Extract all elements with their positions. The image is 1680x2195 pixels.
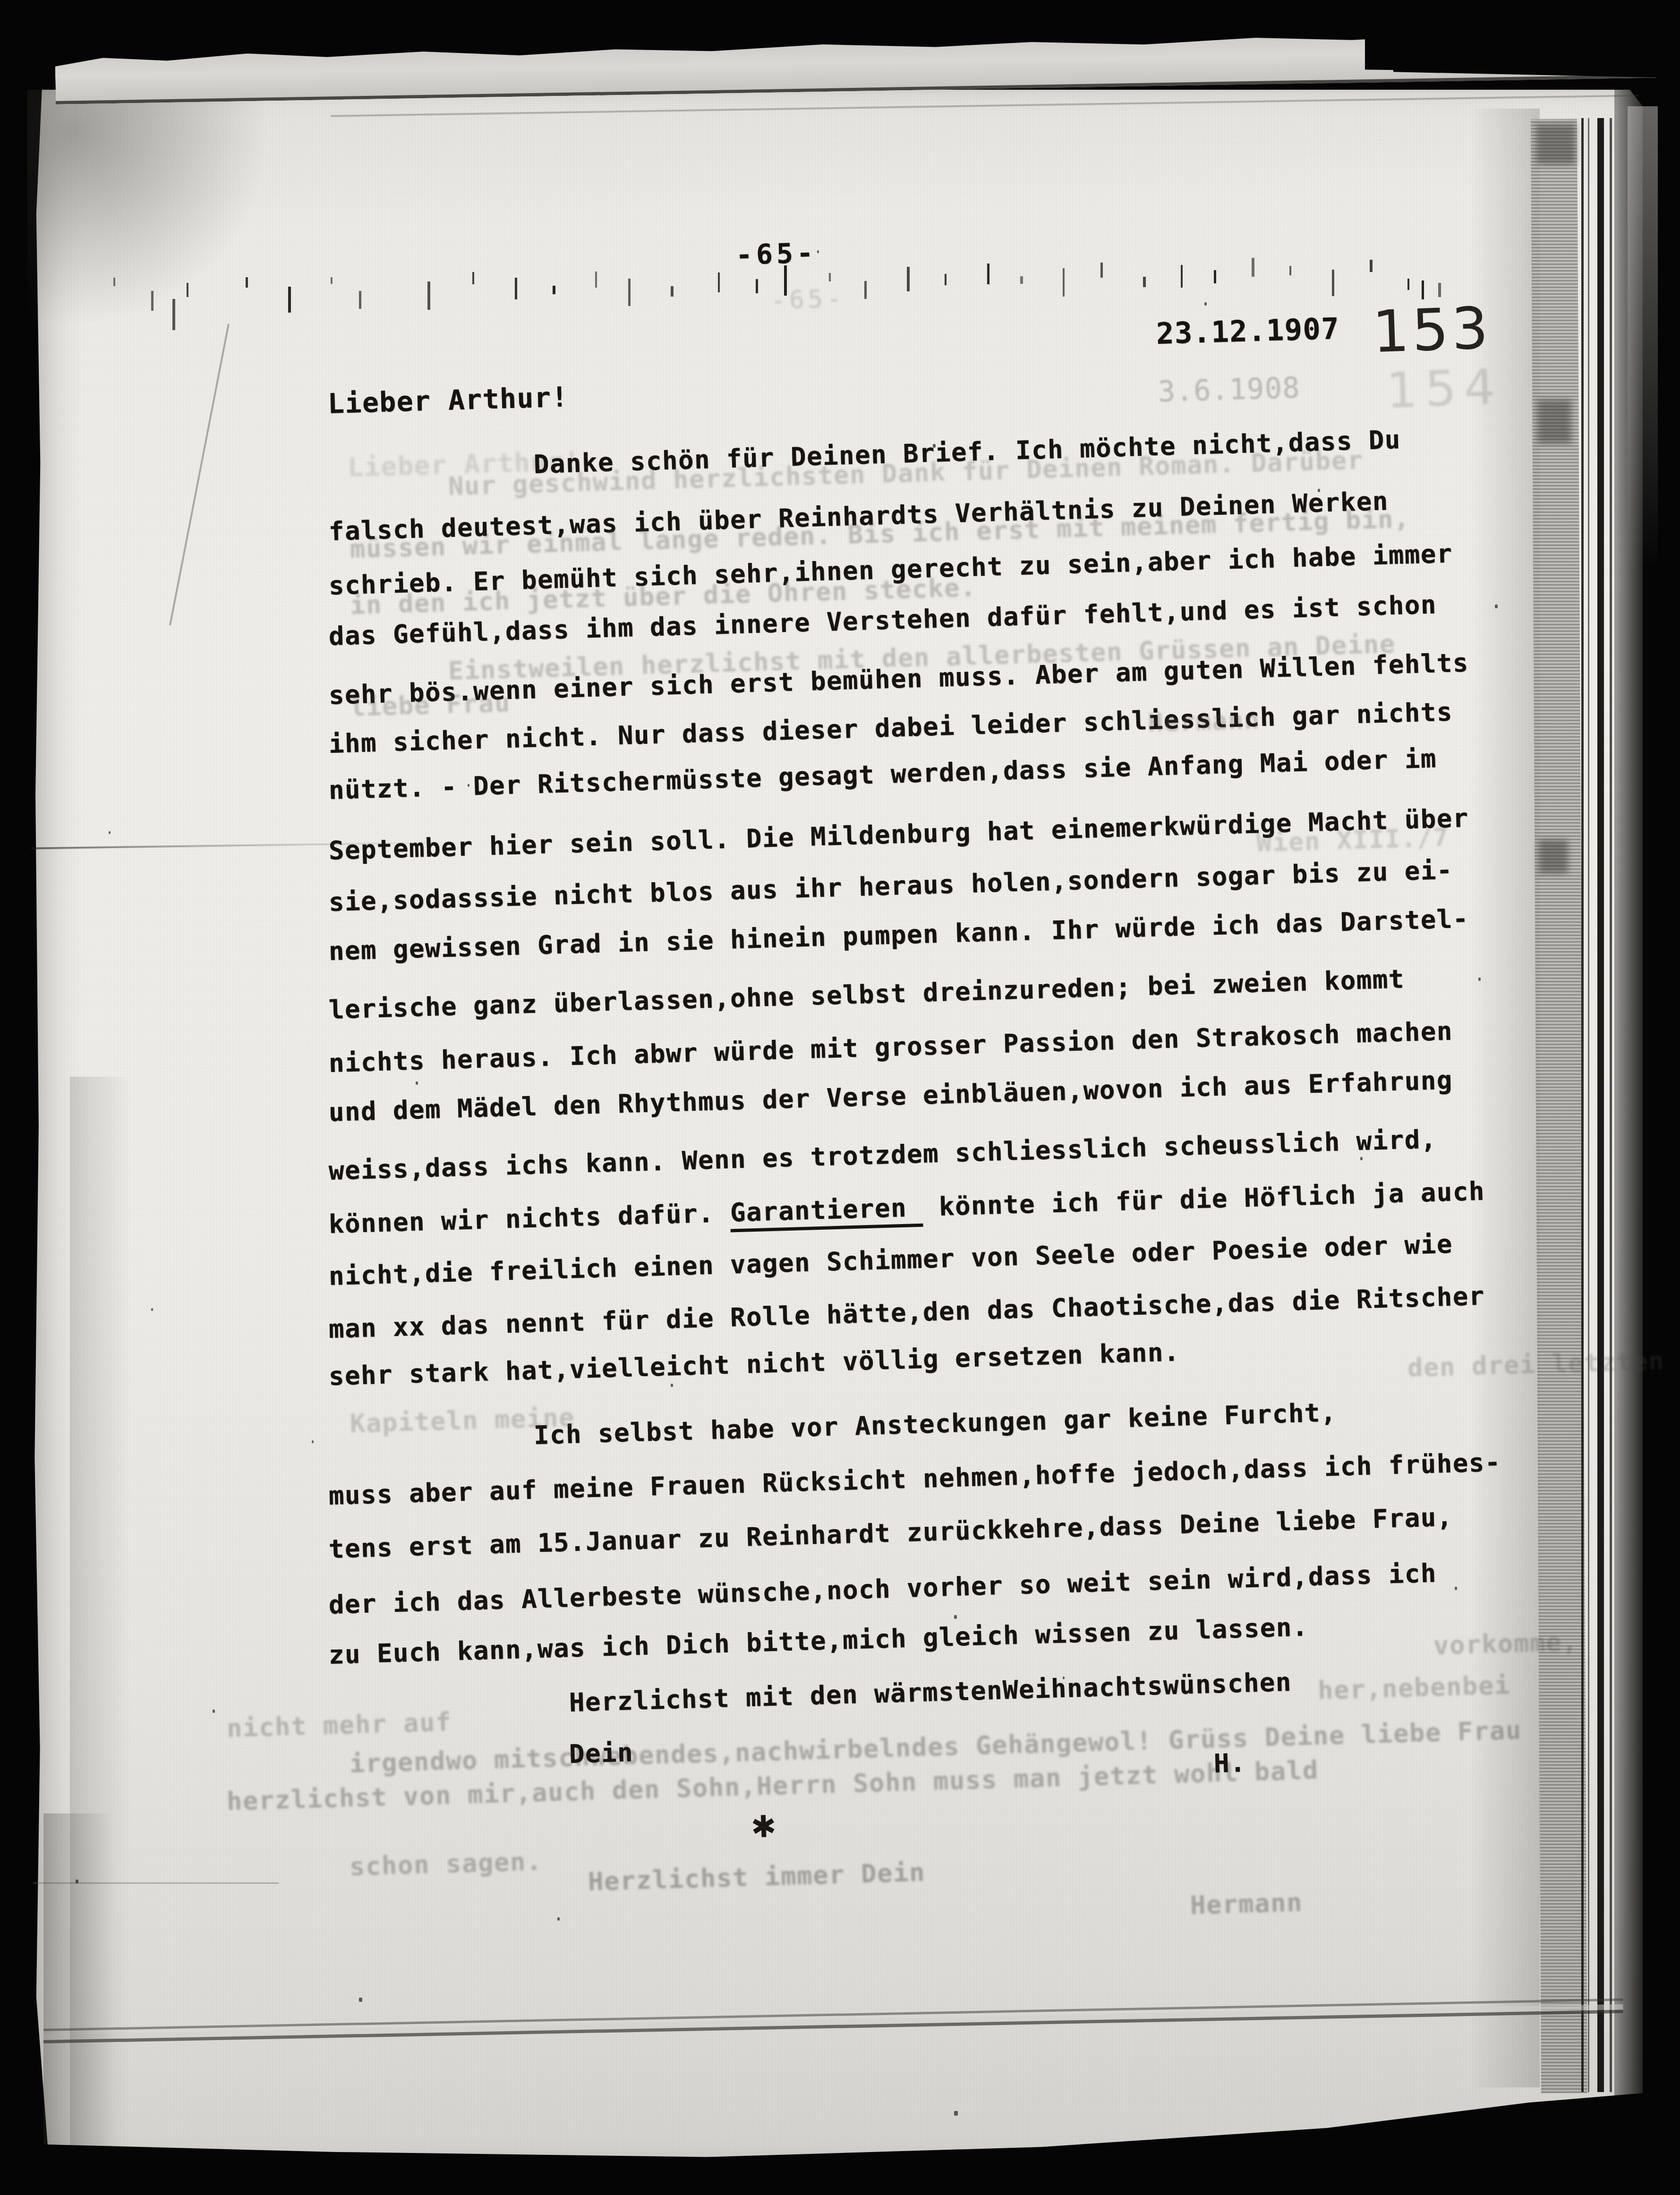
date-stamp: 23.12.1907 <box>1156 312 1340 350</box>
dust-speck <box>416 1081 418 1085</box>
ghost-folio-number: 154 <box>1385 358 1504 420</box>
tick-mark <box>172 299 175 330</box>
tick-mark <box>331 277 333 284</box>
tick-mark <box>1332 270 1334 296</box>
tick-mark <box>246 277 248 288</box>
tick-mark <box>113 278 115 286</box>
tick-mark <box>756 279 758 293</box>
tick-mark <box>1289 266 1291 275</box>
underlined-word: Garantieren <box>730 1192 923 1233</box>
handwritten-folio-number: 153 <box>1372 295 1492 366</box>
dust-speck <box>312 1440 314 1443</box>
ghost-line: Wien XIII./7 <box>1256 821 1450 859</box>
scanned-letter-page: -65- -65- 23.12.1907 153 3.6.1908 154 Li… <box>0 0 1680 2195</box>
tick-mark <box>472 272 474 284</box>
tick-mark <box>553 286 555 294</box>
tick-mark <box>1020 276 1023 284</box>
dust-speck <box>671 1384 673 1387</box>
dust-speck <box>954 1615 957 1619</box>
closing-signature-lead: Dein <box>569 1736 634 1771</box>
fold-shadow <box>43 1813 114 2149</box>
ghost-line: Hermann <box>1147 703 1261 740</box>
page-edge-line <box>1597 118 1604 2092</box>
salutation: Lieber Arthur! <box>327 380 569 420</box>
page-edge-line <box>1581 118 1584 2092</box>
dust-speck <box>109 831 111 834</box>
top-right-background <box>1393 0 1680 78</box>
page-number-ghost: -65- <box>770 282 845 317</box>
asterisk-mark: ✱ <box>750 1809 777 1845</box>
page-edge-line <box>1588 118 1589 2092</box>
ghost-line: Kapiteln meine <box>350 1401 575 1440</box>
tick-mark <box>187 283 188 297</box>
edge-smudge <box>1536 124 1576 164</box>
ghost-line: schon sagen. <box>349 1845 543 1883</box>
dust-speck <box>151 1308 153 1311</box>
tick-mark <box>718 272 720 292</box>
tick-mark <box>1063 268 1065 297</box>
tick-mark <box>987 264 989 284</box>
tick-mark <box>1438 283 1441 297</box>
page-number: -65- <box>735 236 818 272</box>
tick-mark <box>628 279 631 306</box>
tick-mark <box>671 286 674 297</box>
tick-mark <box>1214 270 1216 283</box>
tick-mark <box>864 281 867 299</box>
dust-speck <box>954 2111 958 2116</box>
closing-signature-initial: H. <box>1213 1746 1246 1780</box>
page-edge-line <box>1610 118 1612 2092</box>
dust-speck <box>1455 1587 1457 1590</box>
ghost-line: vorkomme, <box>1433 1625 1578 1662</box>
tick-mark <box>151 291 154 311</box>
dust-speck <box>1204 302 1207 306</box>
dust-speck <box>1478 978 1481 981</box>
ghost-date-stamp: 3.6.1908 <box>1158 371 1301 408</box>
tick-mark <box>515 278 517 299</box>
dust-speck <box>359 1998 362 2002</box>
dust-speck <box>557 1917 560 1921</box>
tick-mark <box>1100 263 1103 278</box>
dust-speck <box>213 1710 215 1713</box>
tick-mark <box>595 272 597 288</box>
edge-smudge <box>1537 400 1571 444</box>
right-light-strip <box>1628 106 1658 569</box>
dust-speck <box>76 1880 78 1883</box>
dust-speck <box>1495 604 1498 608</box>
tick-mark <box>1143 277 1146 287</box>
tick-mark <box>829 273 831 281</box>
ghost-line: Hermann <box>1190 1886 1303 1922</box>
tick-mark <box>359 291 361 309</box>
tick-mark <box>427 281 430 310</box>
tick-mark <box>1181 265 1183 288</box>
tick-mark <box>907 267 910 291</box>
tick-mark <box>945 274 947 285</box>
tick-mark <box>1252 258 1254 277</box>
tick-mark <box>1370 260 1373 272</box>
dust-speck <box>817 250 819 253</box>
tick-mark <box>1407 279 1409 290</box>
ghost-line: liebe Frau <box>350 686 511 724</box>
ghost-line: her,nebenbei <box>1317 1668 1511 1707</box>
ghost-line: nicht mehr auf <box>226 1705 452 1745</box>
tick-mark <box>288 287 291 313</box>
edge-smudge <box>1539 840 1568 874</box>
